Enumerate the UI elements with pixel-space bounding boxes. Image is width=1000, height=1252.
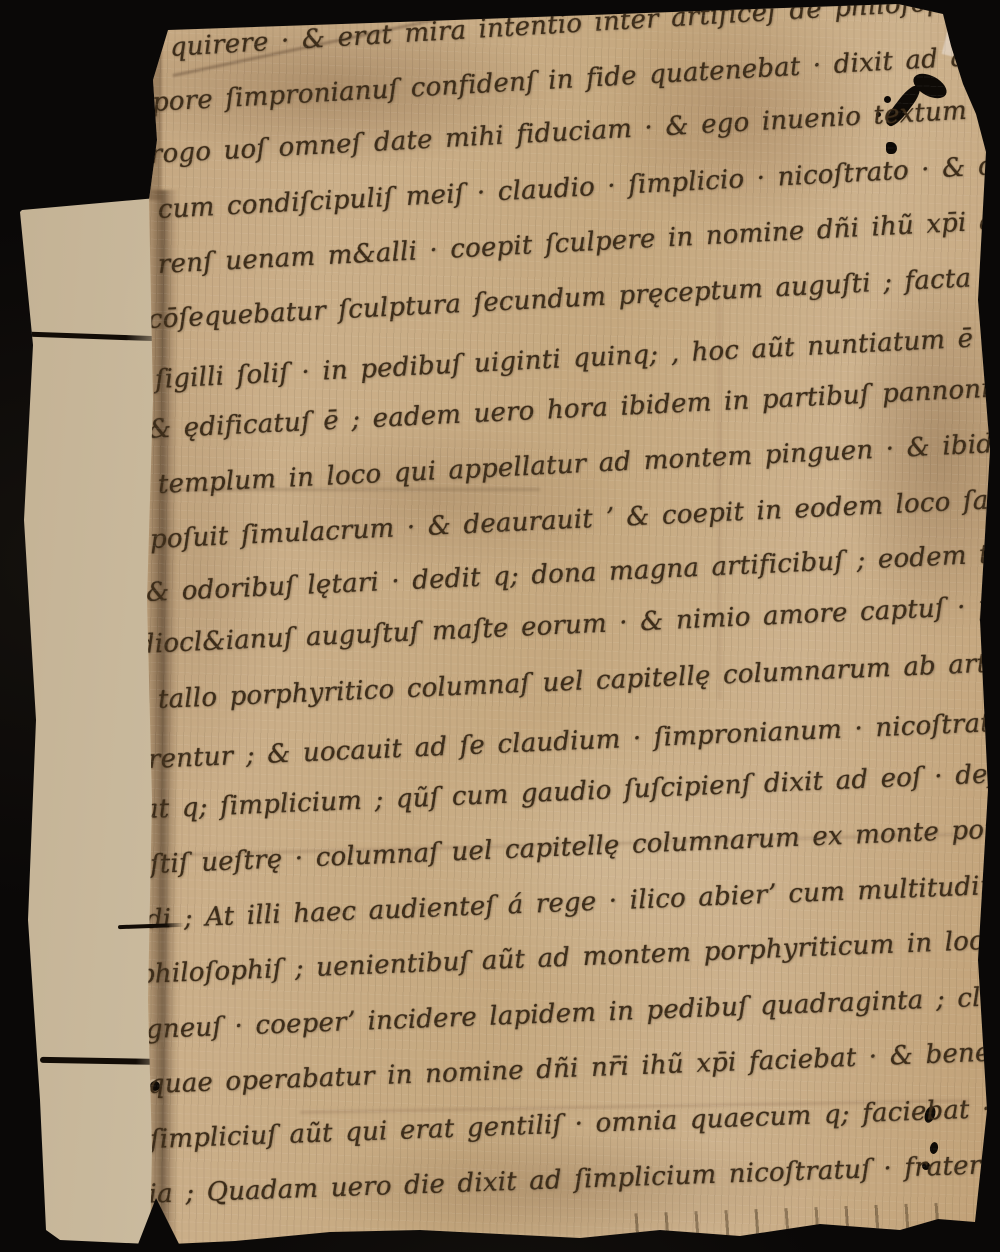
manuscript-line: tia ; Quadam uero die dixit ad ſimpliciu… (137, 1146, 1000, 1210)
manuscript-photograph: quirere · & erat mira intentio inter art… (0, 0, 1000, 1252)
manuscript-line: di ; At illi haec audienteſ á rege · ili… (145, 866, 1000, 935)
manuscript-line: ſtiſ ueſtrę · columnaſ uel capitellę col… (149, 812, 1000, 880)
manuscript-line: philoſophiſ ; uenientibuſ aũt ad montem … (137, 922, 1000, 990)
manuscript-line: tallo porphyritico columnaſ uel capitell… (157, 645, 1000, 715)
manuscript-line: gneuſ · coeperʼ incidere lapidem in pedi… (145, 978, 1000, 1045)
flap-crack-upper (14, 331, 174, 342)
ink-dot (886, 142, 897, 154)
manuscript-line: quae operabatur in nomine dñi nr̄i ihũ x… (147, 1033, 1000, 1100)
manuscript-line: ſimpliciuſ aũt qui erat gentiliſ · omnia… (149, 1091, 1000, 1155)
